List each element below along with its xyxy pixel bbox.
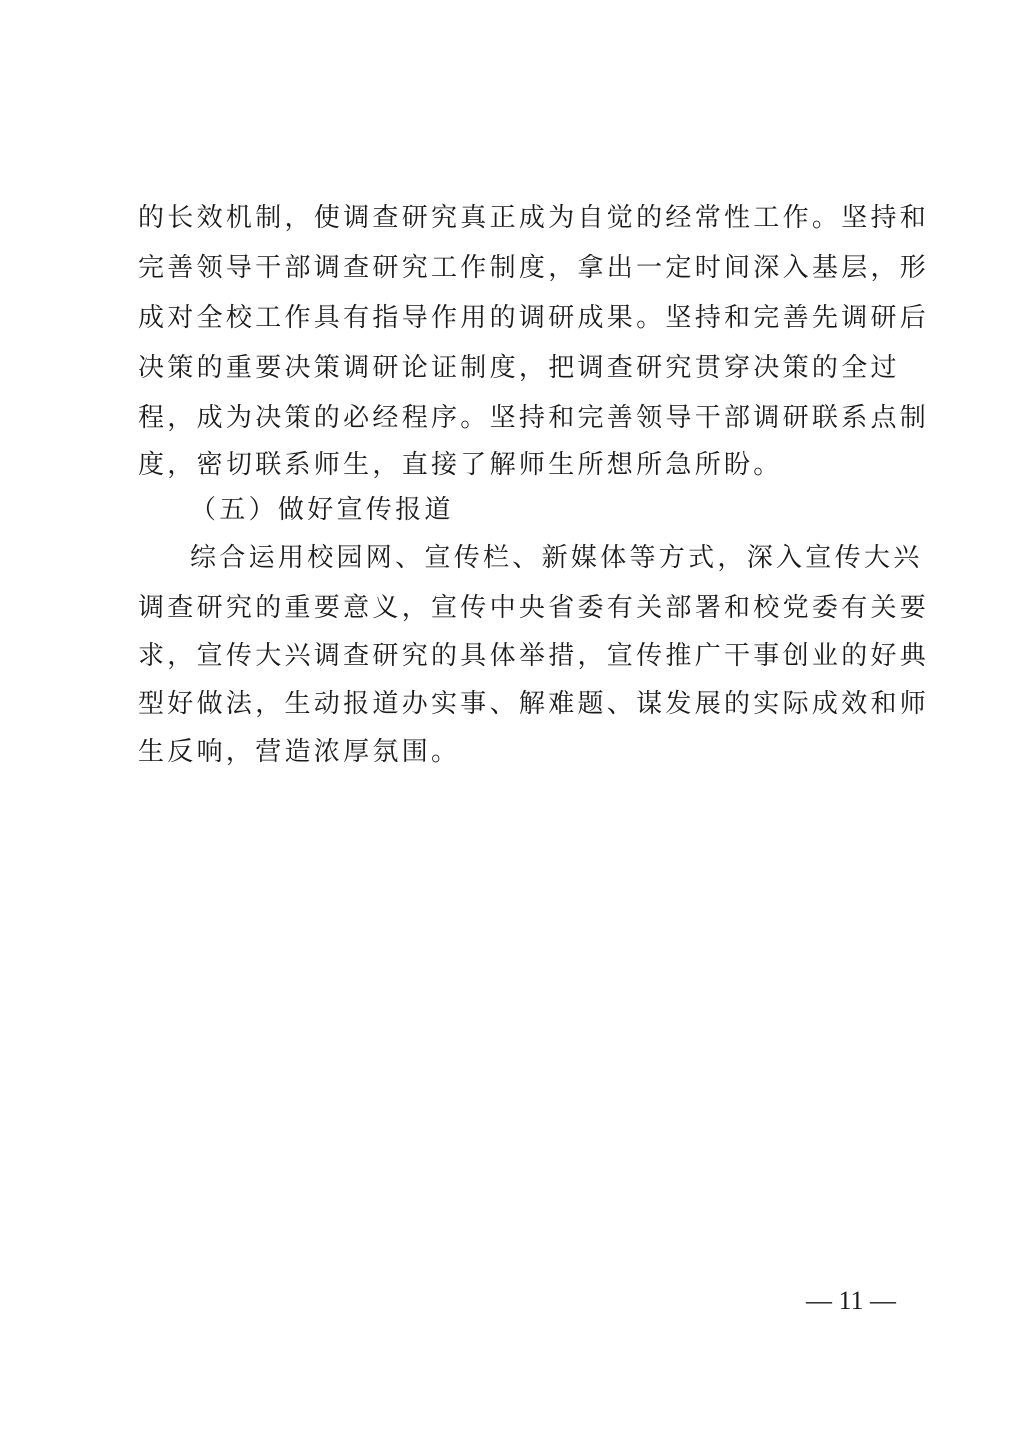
page-number: — 11 — bbox=[806, 1286, 896, 1316]
paragraph-2-line-1: 综合运用校园网、宣传栏、新媒体等方式，深入宣传大兴 bbox=[190, 540, 890, 576]
paragraph-2-line-2: 调查研究的重要意义，宣传中央省委有关部署和校党委有关要 bbox=[138, 590, 890, 626]
paragraph-2-line-5: 生反响，营造浓厚氛围。 bbox=[138, 734, 890, 770]
paragraph-1-line-1: 的长效机制，使调查研究真正成为自觉的经常性工作。坚持和 bbox=[138, 200, 890, 236]
paragraph-2-line-3: 求，宣传大兴调查研究的具体举措，宣传推广干事创业的好典 bbox=[138, 638, 890, 674]
paragraph-1-line-2: 完善领导干部调查研究工作制度，拿出一定时间深入基层，形 bbox=[138, 250, 890, 286]
paragraph-1-line-6: 度，密切联系师生，直接了解师生所想所急所盼。 bbox=[138, 447, 890, 483]
section-heading: （五）做好宣传报道 bbox=[190, 492, 454, 528]
paragraph-2-line-4: 型好做法，生动报道办实事、解难题、谋发展的实际成效和师 bbox=[138, 686, 890, 722]
paragraph-1-line-3: 成对全校工作具有指导作用的调研成果。坚持和完善先调研后 bbox=[138, 300, 890, 336]
paragraph-1-line-4: 决策的重要决策调研论证制度，把调查研究贯穿决策的全过 bbox=[138, 350, 890, 386]
document-page: 的长效机制，使调查研究真正成为自觉的经常性工作。坚持和 完善领导干部调查研究工作… bbox=[0, 0, 1024, 1448]
paragraph-1-line-5: 程，成为决策的必经程序。坚持和完善领导干部调研联系点制 bbox=[138, 400, 890, 436]
